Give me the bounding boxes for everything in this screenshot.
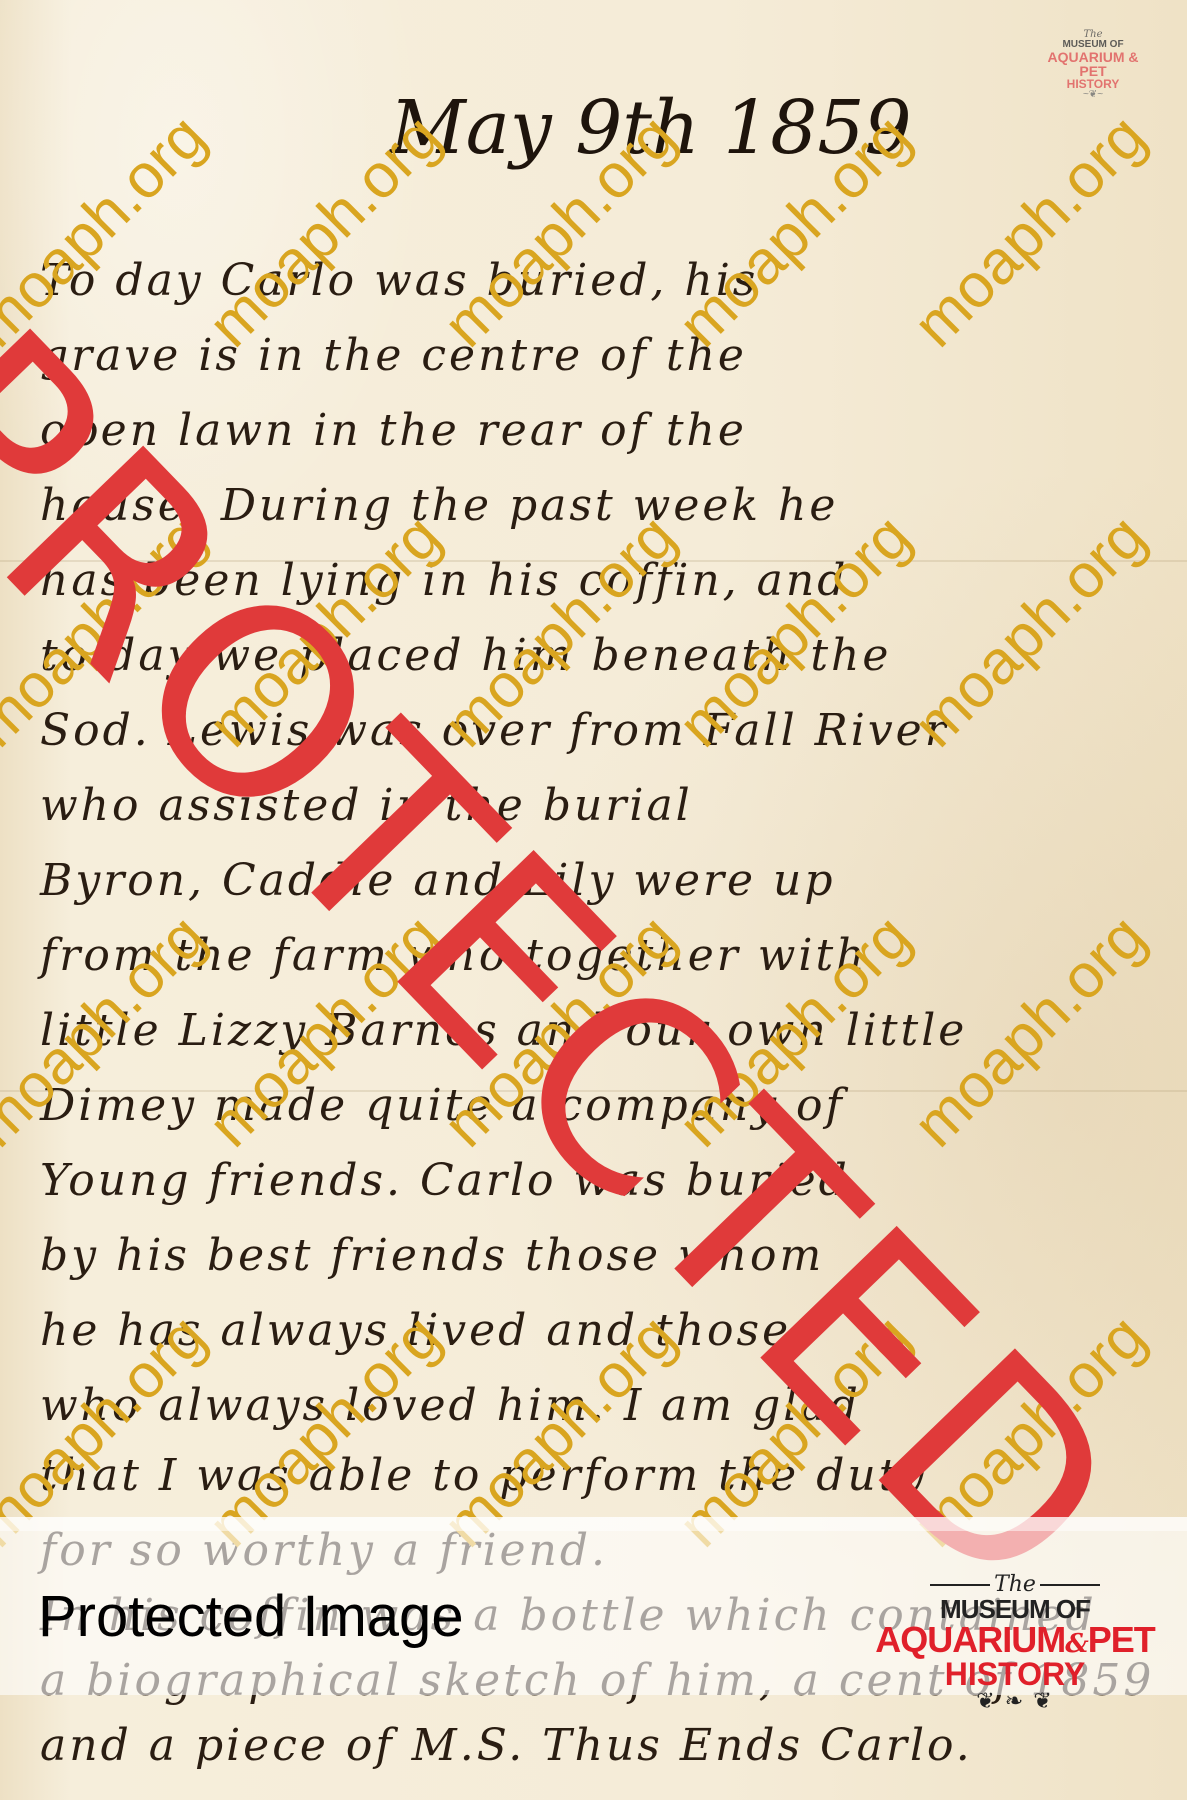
logo-aquarium-pet: AQUARIUM & PET — [1043, 50, 1143, 78]
banner-stripe — [0, 1517, 1187, 1531]
letter-date: May 9th 1859 — [390, 85, 912, 171]
logo-pet: PET — [1088, 1619, 1155, 1660]
logo-history: HISTORY — [870, 1658, 1160, 1690]
protected-banner: Protected Image The MUSEUM OF AQUARIUM&P… — [0, 1517, 1187, 1695]
letter-line: To day Carlo was buried, his — [40, 255, 758, 306]
ornament-icon: ~❦~ — [1043, 90, 1143, 100]
letter-line: and a piece of M.S. Thus Ends Carlo. — [40, 1720, 973, 1771]
museum-logo-small: The MUSEUM OF AQUARIUM & PET HISTORY ~❦~ — [1043, 30, 1143, 100]
logo-aquarium: AQUARIUM — [875, 1619, 1065, 1660]
logo-ampersand: & — [1065, 1629, 1087, 1659]
logo-rule — [1040, 1584, 1100, 1586]
museum-logo: The MUSEUM OF AQUARIUM&PET HISTORY ❦ ❧ ❦ — [870, 1574, 1160, 1712]
ornament-icon: ❦ ❧ ❦ — [870, 1690, 1160, 1712]
letter-line: grave is in the centre of the — [40, 330, 747, 381]
banner-title: Protected Image — [38, 1583, 464, 1650]
logo-rule — [930, 1584, 990, 1586]
